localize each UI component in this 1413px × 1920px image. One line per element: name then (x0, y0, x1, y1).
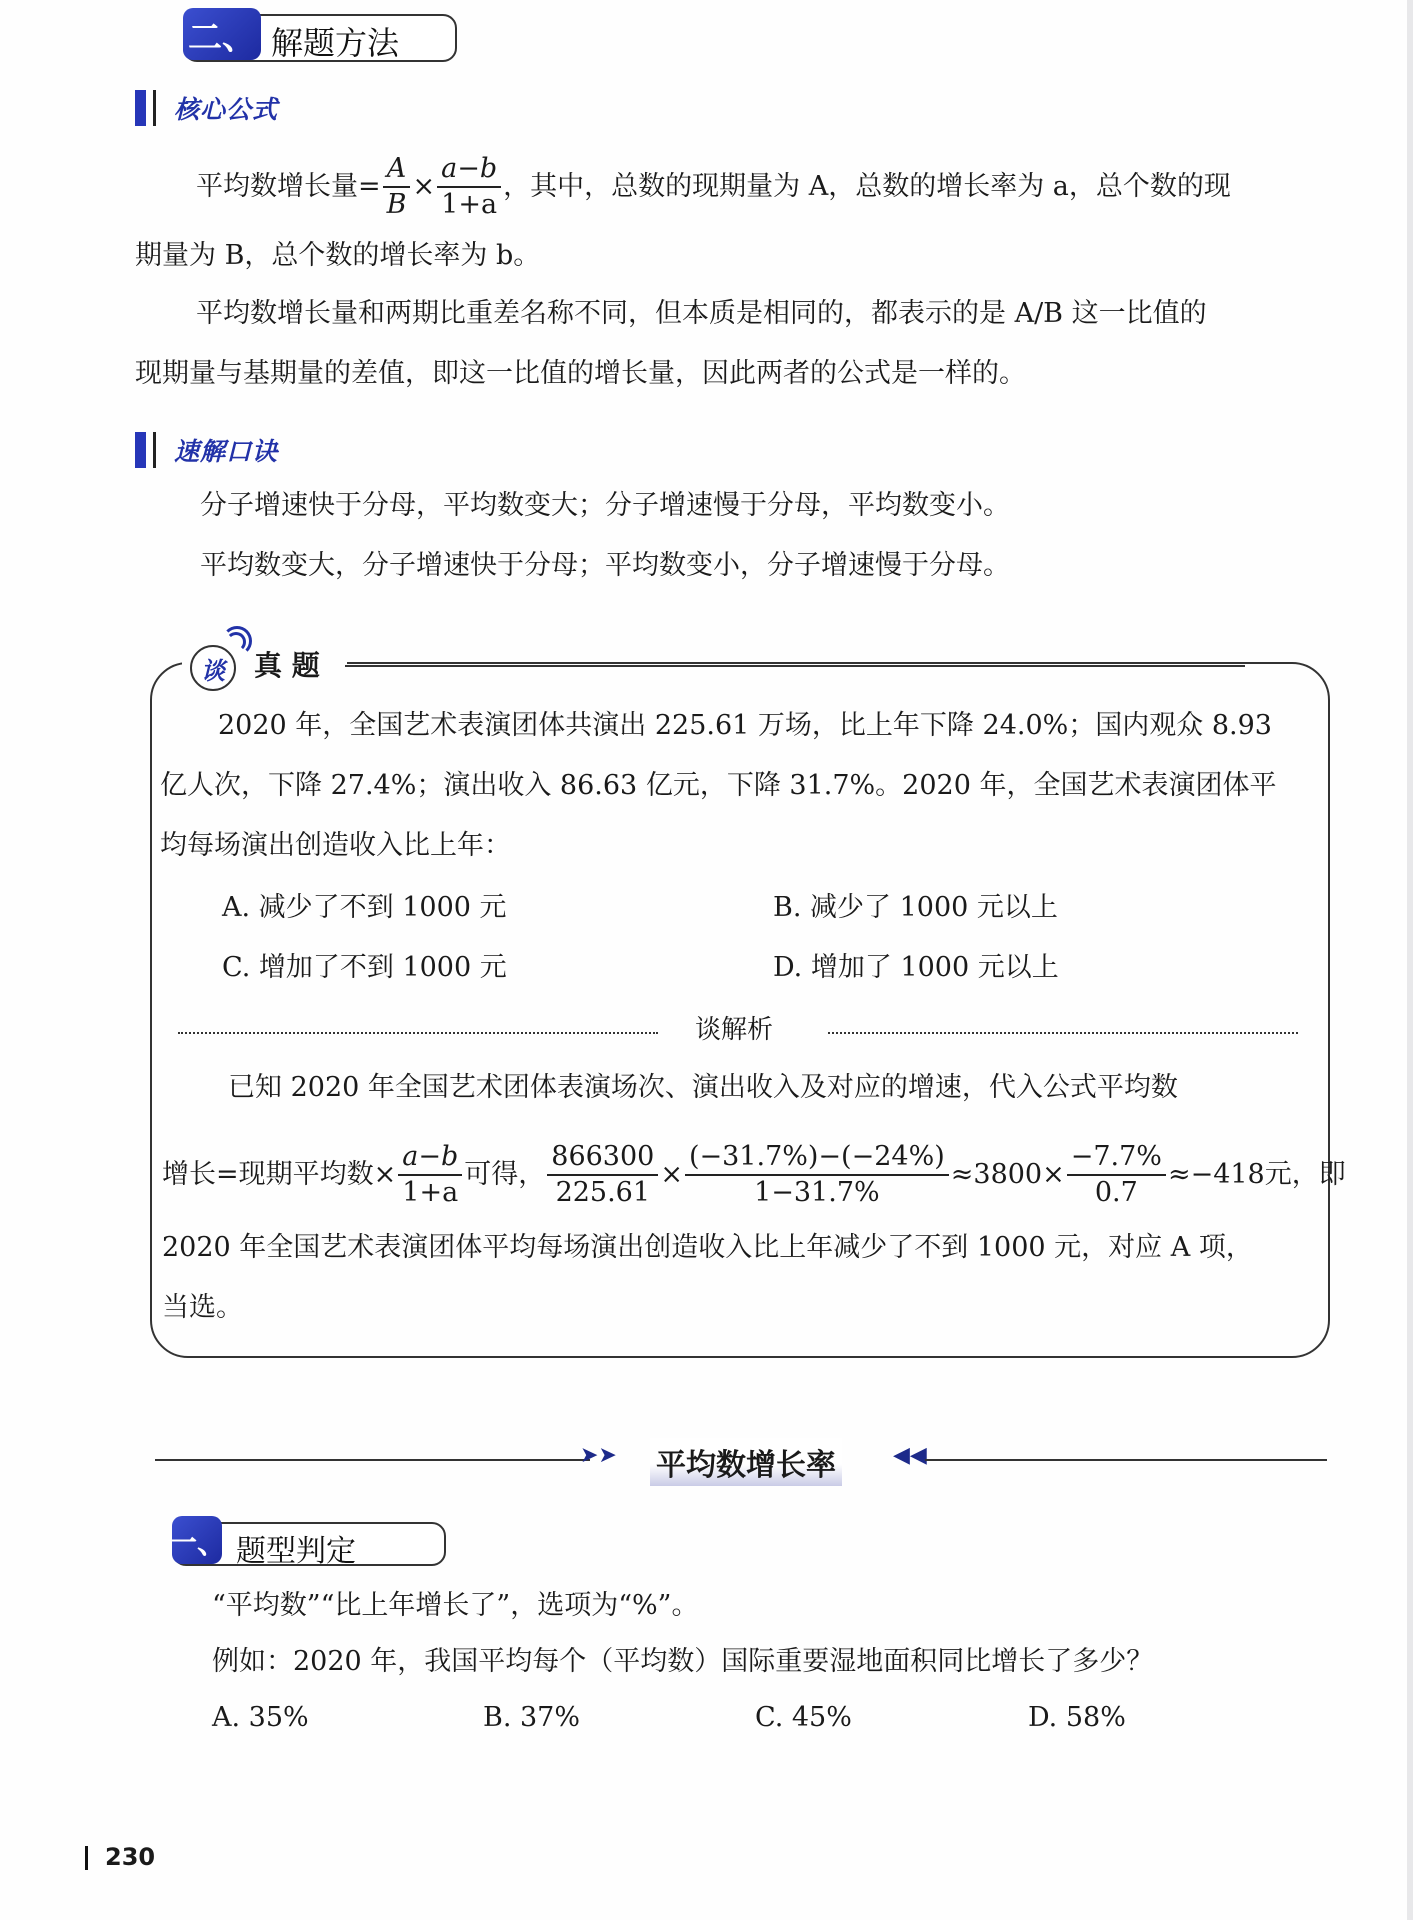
formula-text: ≈−418元，即 (1168, 1157, 1346, 1193)
page-number-bar (85, 1846, 88, 1870)
denominator: B (383, 188, 411, 222)
double-arrow-left-icon: ◀◀ (893, 1443, 927, 1468)
question-stem-line: 2020 年，全国艺术表演团体共演出 225.61 万场，比上年下降 24.0%… (218, 708, 1272, 744)
subheading-quick-rule: 速解口诀 (135, 432, 278, 468)
box-header-rule (345, 665, 1245, 667)
formula-definition-line2: 期量为 B，总个数的增长率为 b。 (135, 238, 540, 274)
example-option-b: B. 37% (483, 1700, 580, 1736)
rule-line: 平均数变大，分子增速快于分母；平均数变小，分子增速慢于分母。 (200, 548, 1010, 584)
example-option-d: D. 58% (1028, 1700, 1126, 1736)
analysis-line: 2020 年全国艺术表演团体平均每场演出创造收入比上年减少了不到 1000 元，… (162, 1230, 1253, 1266)
formula-prefix: 平均数增长量= (196, 169, 381, 205)
subheading-core-formula: 核心公式 (135, 90, 278, 126)
subheading-label: 速解口诀 (174, 432, 278, 468)
option-d: D. 增加了 1000 元以上 (773, 950, 1059, 986)
formula-text: 可得， (464, 1157, 545, 1193)
section-badge-solution-method: 二、 解题方法 (183, 14, 457, 62)
numerator: 866300 (547, 1140, 658, 1176)
denominator: 225.61 (552, 1176, 654, 1210)
fraction-a-over-b: A B (383, 152, 411, 222)
analysis-formula: 增长=现期平均数× a−b 1+a 可得， 866300 225.61 × (−… (162, 1140, 1346, 1210)
denominator: 1+a (398, 1176, 462, 1210)
subheading-label: 核心公式 (174, 90, 278, 126)
times-sign: × (412, 169, 435, 205)
heading-bar-icon (135, 432, 146, 468)
denominator: 0.7 (1091, 1176, 1142, 1210)
heading-bar-icon (153, 432, 156, 468)
numerator: A (383, 152, 411, 188)
question-stem-line: 均每场演出创造收入比上年： (160, 828, 511, 864)
fraction-growth: a−b 1+a (398, 1140, 462, 1210)
numerator: (−31.7%)−(−24%) (685, 1140, 949, 1176)
section-title: 题型判定 (236, 1526, 356, 1570)
page-number: 230 (105, 1843, 155, 1871)
formula-suffix: ，其中，总数的现期量为 A，总数的增长率为 a，总个数的现 (503, 169, 1231, 205)
numerator: −7.7% (1067, 1140, 1166, 1176)
section-badge-question-type: 一、 题型判定 (172, 1522, 446, 1566)
analysis-divider-left (178, 1032, 658, 1034)
signal-wave-icon (222, 626, 252, 656)
fraction-result: −7.7% 0.7 (1067, 1140, 1166, 1210)
divider-line-right (925, 1459, 1327, 1461)
section-title: 解题方法 (271, 18, 399, 64)
numerator: a−b (437, 152, 501, 188)
option-c: C. 增加了不到 1000 元 (222, 950, 507, 986)
double-arrow-right-icon: ➤➤ (580, 1443, 617, 1468)
paragraph-line: 现期量与基期量的差值，即这一比值的增长量，因此两者的公式是一样的。 (135, 356, 1026, 392)
rule-line: 分子增速快于分母，平均数变大；分子增速慢于分母，平均数变小。 (200, 488, 1010, 524)
section-number: 一、 (172, 1516, 222, 1564)
times-sign: × (660, 1157, 683, 1193)
fraction-average: 866300 225.61 (547, 1140, 658, 1210)
fraction-rate-diff: (−31.7%)−(−24%) 1−31.7% (685, 1140, 949, 1210)
real-question-header: 真 题 (254, 648, 320, 684)
example-option-c: C. 45% (755, 1700, 852, 1736)
question-stem-line: 亿人次，下降 27.4%；演出收入 86.63 亿元，下降 31.7%。2020… (160, 768, 1276, 804)
formula-prefix: 增长=现期平均数× (162, 1157, 396, 1193)
denominator: 1−31.7% (750, 1176, 884, 1210)
analysis-divider-right (828, 1032, 1298, 1034)
analysis-line: 当选。 (162, 1290, 243, 1326)
formula-text: ≈3800× (951, 1157, 1065, 1193)
numerator: a−b (398, 1140, 462, 1176)
option-a: A. 减少了不到 1000 元 (222, 890, 507, 926)
type-rule-line: “平均数”“比上年增长了”，选项为“%”。 (212, 1588, 698, 1624)
formula-line: 平均数增长量= A B × a−b 1+a ，其中，总数的现期量为 A，总数的增… (196, 152, 1231, 222)
denominator: 1+a (437, 188, 501, 222)
example-option-a: A. 35% (212, 1700, 309, 1736)
section-number: 二、 (183, 8, 261, 60)
page-edge-shadow (1407, 0, 1413, 1920)
fraction-growth: a−b 1+a (437, 152, 501, 222)
example-line: 例如：2020 年，我国平均每个（平均数）国际重要湿地面积同比增长了多少？ (212, 1644, 1153, 1680)
paragraph-line: 平均数增长量和两期比重差名称不同，但本质是相同的，都表示的是 A/B 这一比值的 (196, 296, 1207, 332)
heading-bar-icon (135, 90, 146, 126)
analysis-label: 谈解析 (695, 1012, 773, 1048)
option-b: B. 减少了 1000 元以上 (773, 890, 1058, 926)
section-divider-title: 平均数增长率 (650, 1438, 842, 1486)
heading-bar-icon (153, 90, 156, 126)
divider-line-left (155, 1459, 590, 1461)
analysis-line: 已知 2020 年全国艺术团体表演场次、演出收入及对应的增速，代入公式平均数 (228, 1070, 1178, 1106)
